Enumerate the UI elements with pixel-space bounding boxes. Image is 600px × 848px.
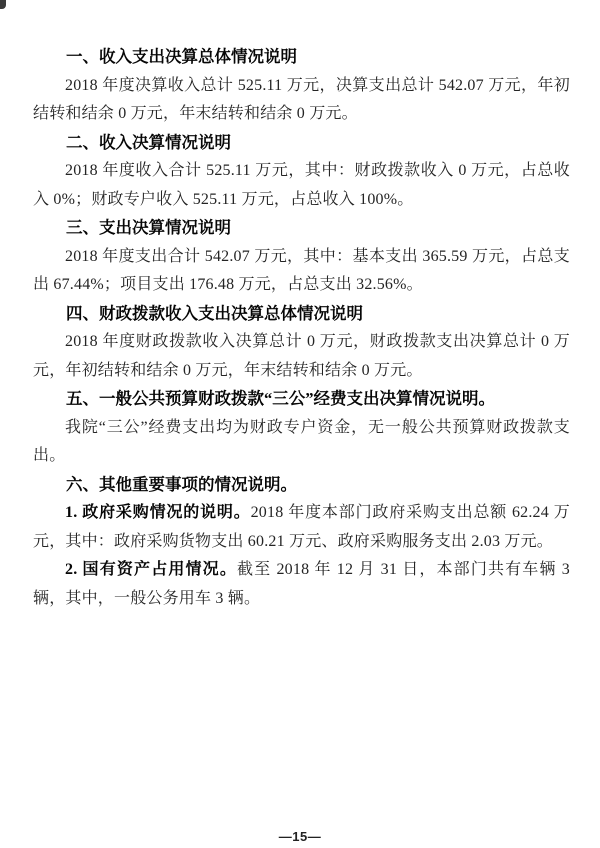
page-number: —15—: [279, 829, 321, 844]
section-paragraph: 2018 年度决算收入总计 525.11 万元，决算支出总计 542.07 万元…: [33, 72, 570, 129]
section-heading: 一、收入支出决算总体情况说明: [33, 43, 570, 72]
page-footer: —15—: [0, 828, 600, 846]
section-fiscal-appropriation-overview: 四、财政拨款收入支出决算总体情况说明 2018 年度财政拨款收入决算总计 0 万…: [33, 300, 570, 386]
section-paragraph: 我院“三公”经费支出均为财政专户资金，无一般公共预算财政拨款支出。: [33, 414, 570, 471]
section-paragraph: 2018 年度支出合计 542.07 万元，其中：基本支出 365.59 万元，…: [33, 243, 570, 300]
section-income-details: 二、收入决算情况说明 2018 年度收入合计 525.11 万元，其中：财政拨款…: [33, 129, 570, 215]
section-heading: 五、一般公共预算财政拨款“三公”经费支出决算情况说明。: [33, 385, 570, 414]
section-expense-details: 三、支出决算情况说明 2018 年度支出合计 542.07 万元，其中：基本支出…: [33, 214, 570, 300]
section-item-state-assets: 2. 国有资产占用情况。截至 2018 年 12 月 31 日，本部门共有车辆 …: [33, 556, 570, 613]
section-heading: 六、其他重要事项的情况说明。: [33, 471, 570, 500]
document-page: 一、收入支出决算总体情况说明 2018 年度决算收入总计 525.11 万元，决…: [0, 0, 600, 848]
section-income-expense-overview: 一、收入支出决算总体情况说明 2018 年度决算收入总计 525.11 万元，决…: [33, 43, 570, 129]
section-paragraph: 2018 年度收入合计 525.11 万元，其中：财政拨款收入 0 万元，占总收…: [33, 157, 570, 214]
document-content: 一、收入支出决算总体情况说明 2018 年度决算收入总计 525.11 万元，决…: [33, 43, 570, 613]
section-item-government-procurement: 1. 政府采购情况的说明。2018 年度本部门政府采购支出总额 62.24 万元…: [33, 499, 570, 556]
scan-artifact: [0, 0, 6, 9]
section-other-important-matters: 六、其他重要事项的情况说明。 1. 政府采购情况的说明。2018 年度本部门政府…: [33, 471, 570, 614]
section-paragraph: 2018 年度财政拨款收入决算总计 0 万元，财政拨款支出决算总计 0 万元，年…: [33, 328, 570, 385]
section-heading: 三、支出决算情况说明: [33, 214, 570, 243]
item-lead: 1. 政府采购情况的说明。: [65, 504, 251, 521]
section-heading: 二、收入决算情况说明: [33, 129, 570, 158]
section-three-public-expenses: 五、一般公共预算财政拨款“三公”经费支出决算情况说明。 我院“三公”经费支出均为…: [33, 385, 570, 471]
section-heading: 四、财政拨款收入支出决算总体情况说明: [33, 300, 570, 329]
item-lead: 2. 国有资产占用情况。: [65, 561, 237, 578]
